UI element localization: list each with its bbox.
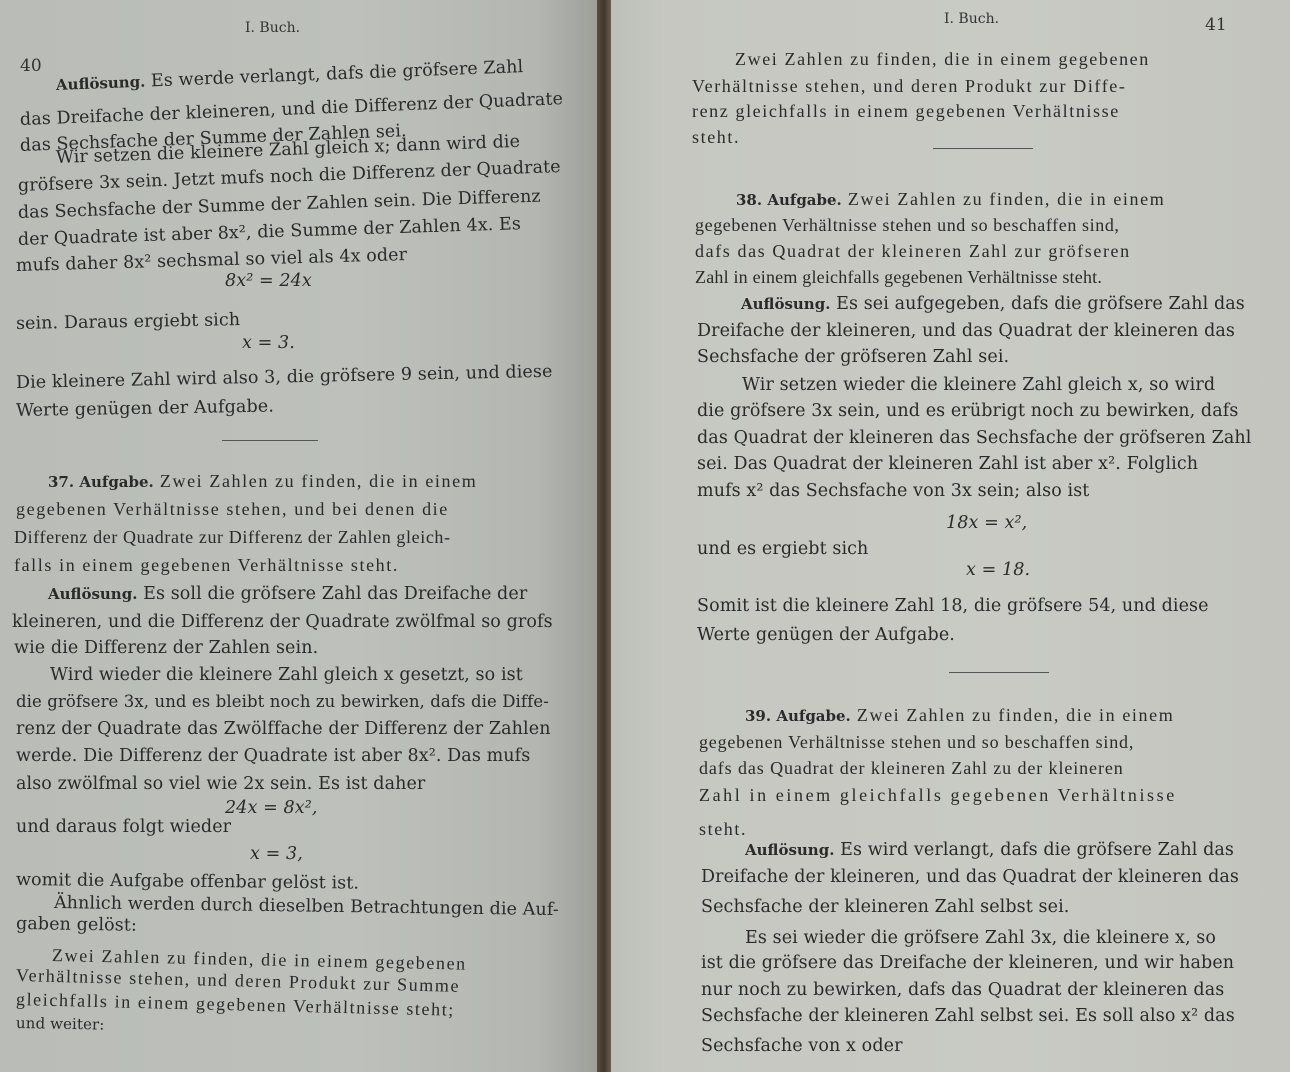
paragraph-line: dafs das Quadrat der kleineren Zahl zu d… bbox=[699, 759, 1124, 777]
book-gutter bbox=[597, 0, 611, 1072]
paragraph-line: Auflösung. Es soll die gröfsere Zahl das… bbox=[48, 586, 527, 604]
paragraph-line: gegebenen Verhältnisse stehen und so bes… bbox=[699, 733, 1134, 751]
solution-label: Auflösung. bbox=[741, 295, 830, 313]
paragraph-line: Dreifache der kleineren, und das Quadrat… bbox=[701, 869, 1239, 887]
page-number: 41 bbox=[1205, 15, 1227, 35]
problem-label: 37. Aufgabe. bbox=[48, 473, 154, 491]
paragraph-line: die gröfsere 3x, und es bleibt noch zu b… bbox=[16, 694, 549, 711]
paragraph-line: Zwei Zahlen zu finden, die in einem gege… bbox=[735, 50, 1150, 68]
paragraph-line: renz der Quadrate das Zwölffache der Dif… bbox=[16, 721, 551, 739]
paragraph-line: Zahl in einem gleichfalls gegebenen Verh… bbox=[699, 786, 1177, 804]
paragraph-line: also zwölfmal so viel wie 2x sein. Es is… bbox=[16, 776, 425, 794]
paragraph-line: das Quadrat der kleineren das Sechsfache… bbox=[697, 430, 1251, 448]
problem-heading: 38. Aufgabe. Zwei Zahlen zu finden, die … bbox=[736, 190, 1165, 208]
paragraph-line: die gröfsere 3x sein, und es erübrigt no… bbox=[697, 403, 1238, 421]
paragraph-line: Werte genügen der Aufgabe. bbox=[697, 627, 955, 645]
left-page: I. Buch. 40 Auflösung. Es werde verlangt… bbox=[0, 0, 597, 1072]
paragraph-line: Differenz der Quadrate zur Differenz der… bbox=[14, 528, 451, 546]
paragraph-line: und daraus folgt wieder bbox=[16, 819, 231, 837]
paragraph-line: Sechsfache der kleineren Zahl selbst sei… bbox=[701, 1008, 1235, 1026]
problem-heading: 37. Aufgabe. Zwei Zahlen zu finden, die … bbox=[48, 472, 477, 490]
paragraph-line: Die kleinere Zahl wird also 3, die gröfs… bbox=[16, 364, 553, 393]
paragraph-line: sein. Daraus ergiebt sich bbox=[16, 312, 241, 333]
equation: x = 3. bbox=[242, 335, 295, 353]
paragraph-line: mufs x² das Sechsfache von 3x sein; also… bbox=[697, 483, 1089, 501]
paragraph-line: sei. Das Quadrat der kleineren Zahl ist … bbox=[697, 456, 1198, 474]
paragraph-line: mufs daher 8x² sechsmal so viel als 4x o… bbox=[16, 247, 408, 275]
equation: x = 3, bbox=[250, 846, 303, 864]
paragraph-line: gegebenen Verhältnisse stehen, und bei d… bbox=[16, 500, 449, 518]
paragraph-line: womit die Aufgabe offenbar gelöst ist. bbox=[16, 872, 359, 893]
paragraph-line: der Quadrate ist aber 8x², die Summe der… bbox=[18, 216, 522, 249]
paragraph-line: gaben gelöst: bbox=[16, 916, 137, 935]
equation: 24x = 8x², bbox=[225, 800, 318, 818]
paragraph-line: und weiter: bbox=[16, 1016, 105, 1033]
equation: 18x = x², bbox=[946, 515, 1027, 533]
paragraph-line: und es ergiebt sich bbox=[697, 541, 868, 559]
paragraph-line: steht. bbox=[699, 820, 747, 838]
paragraph-line: das Dreifache der kleineren, und die Dif… bbox=[20, 91, 564, 129]
paragraph-line: Sechsfache von x oder bbox=[701, 1038, 903, 1056]
problem-label: 39. Aufgabe. bbox=[745, 707, 851, 725]
running-head: I. Buch. bbox=[944, 11, 999, 27]
paragraph-line: Sechsfache der gröfseren Zahl sei. bbox=[697, 349, 1009, 367]
solution-label: Auflösung. bbox=[745, 841, 834, 859]
paragraph-line: Auflösung. Es wird verlangt, dafs die gr… bbox=[745, 842, 1234, 860]
paragraph-line: Wir setzen wieder die kleinere Zahl glei… bbox=[742, 377, 1215, 395]
solution-label: Auflösung. bbox=[56, 73, 146, 94]
paragraph-line: Es sei wieder die gröfsere Zahl 3x, die … bbox=[745, 930, 1216, 948]
section-divider bbox=[949, 672, 1049, 673]
section-divider bbox=[933, 148, 1033, 149]
paragraph-line: kleineren, und die Differenz der Quadrat… bbox=[12, 614, 553, 632]
equation: 8x² = 24x bbox=[225, 273, 312, 291]
paragraph-line: Somit ist die kleinere Zahl 18, die gröf… bbox=[697, 598, 1209, 616]
paragraph-line: Auflösung. Es werde verlangt, dafs die g… bbox=[56, 58, 550, 94]
paragraph-line: Auflösung. Es sei aufgegeben, dafs die g… bbox=[741, 296, 1245, 314]
paragraph-line: nur noch zu bewirken, dafs das Quadrat d… bbox=[701, 982, 1224, 1000]
section-divider bbox=[222, 440, 318, 441]
problem-label: 38. Aufgabe. bbox=[736, 191, 842, 209]
paragraph-line: Sechsfache der kleineren Zahl selbst sei… bbox=[701, 899, 1069, 917]
page-number: 40 bbox=[20, 56, 42, 76]
equation: x = 18. bbox=[966, 562, 1030, 580]
paragraph-line: falls in einem gegebenen Verhältnisse st… bbox=[14, 556, 399, 574]
running-head: I. Buch. bbox=[245, 20, 300, 36]
paragraph-line: dafs das Quadrat der kleineren Zahl zur … bbox=[695, 242, 1131, 260]
paragraph-line: Wird wieder die kleinere Zahl gleich x g… bbox=[50, 667, 523, 685]
paragraph-line: werde. Die Differenz der Quadrate ist ab… bbox=[16, 748, 530, 766]
paragraph-line: steht. bbox=[692, 128, 740, 146]
paragraph-line: Zahl in einem gleichfalls gegebenen Verh… bbox=[695, 268, 1102, 286]
right-page: I. Buch. 41 Zwei Zahlen zu finden, die i… bbox=[611, 0, 1290, 1072]
paragraph-line: gegebenen Verhältnisse stehen und so bes… bbox=[695, 216, 1120, 234]
paragraph-line: Dreifache der kleineren, und das Quadrat… bbox=[697, 323, 1235, 341]
problem-heading: 39. Aufgabe. Zwei Zahlen zu finden, die … bbox=[745, 706, 1174, 724]
solution-label: Auflösung. bbox=[48, 585, 137, 603]
paragraph-line: renz gleichfalls in einem gegebenen Verh… bbox=[692, 102, 1120, 120]
paragraph-line: wie die Differenz der Zahlen sein. bbox=[14, 640, 318, 658]
paragraph-line: ist die gröfsere das Dreifache der klein… bbox=[701, 955, 1234, 973]
paragraph-line: Verhältnisse stehen, und deren Produkt z… bbox=[692, 77, 1126, 95]
paragraph-line: Werte genügen der Aufgabe. bbox=[16, 398, 274, 420]
